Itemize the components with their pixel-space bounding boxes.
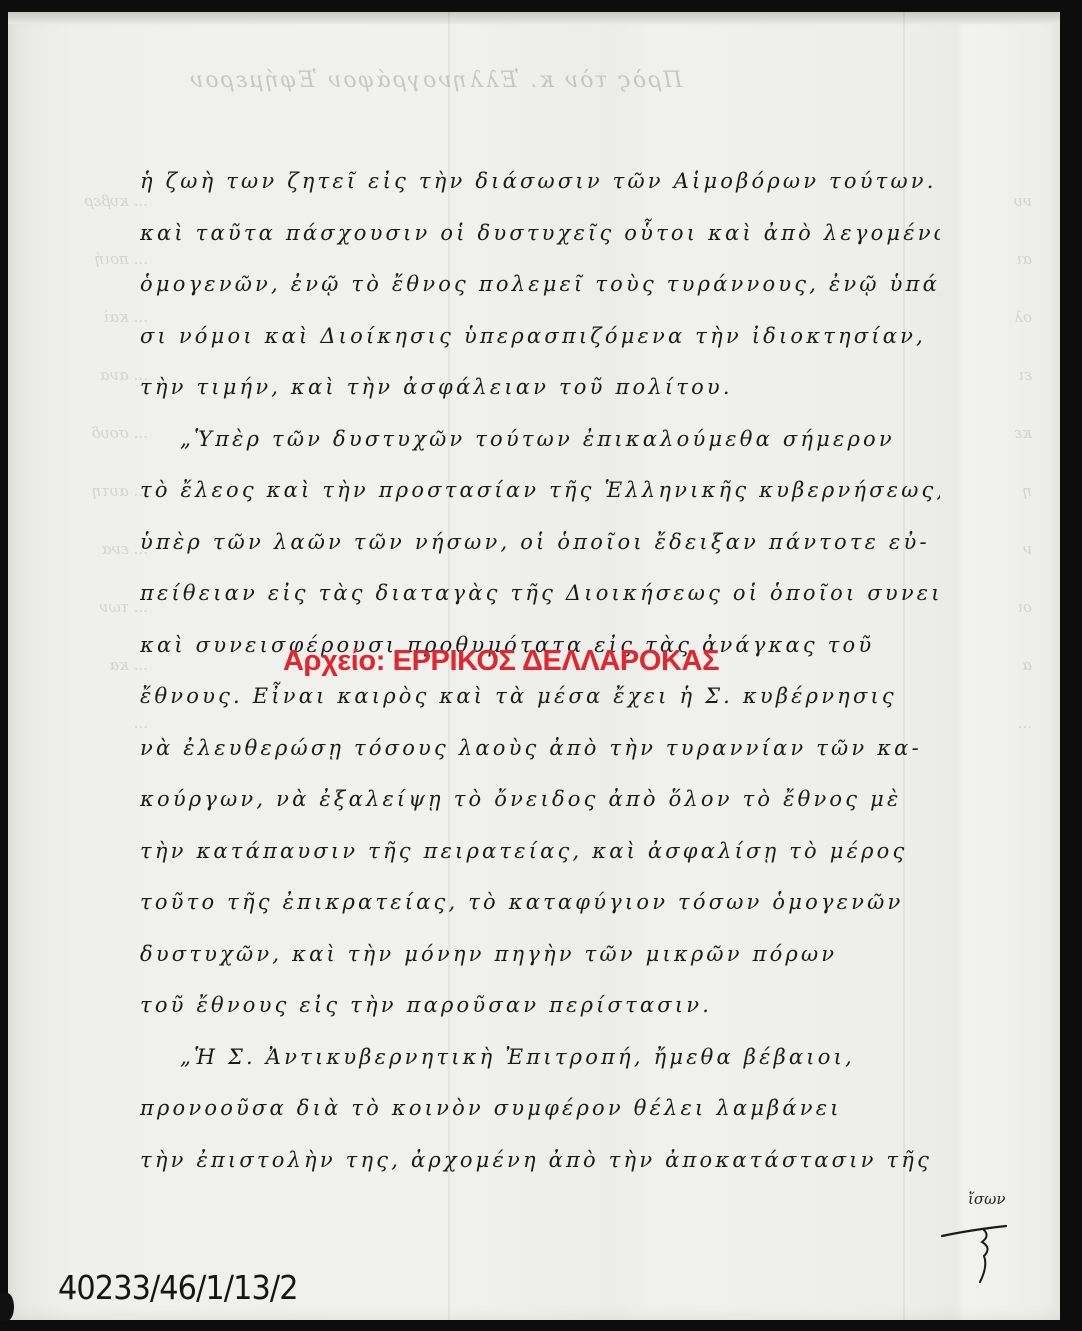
manuscript-line: τοῦτο τῆς ἐπικρατείας, τὸ καταφύγιον τόσ… bbox=[140, 877, 940, 929]
manuscript-line: ὑπὲρ τῶν λαῶν τῶν νήσων, οἱ ὁποῖοι ἔδειξ… bbox=[140, 517, 940, 569]
manuscript-line: ἔθνους. Εἶναι καιρὸς καὶ τὰ μέσα ἔχει ἡ … bbox=[140, 671, 940, 723]
manuscript-line: τὴν κατάπαυσιν τῆς πειρατείας, καὶ ἀσφαλ… bbox=[140, 826, 940, 878]
archive-catalog-number: 40233/46/1/13/2 bbox=[58, 1268, 298, 1307]
manuscript-paragraph-start: „Ἡ Σ. Ἀντικυβερνητικὴ Ἐπιτροπή, ἤμεθα βέ… bbox=[140, 1032, 940, 1084]
manuscript-line: καὶ ταῦτα πάσχουσιν οἱ δυστυχεῖς οὗτοι κ… bbox=[140, 208, 940, 260]
manuscript-line: τὴν τιμήν, καὶ τὴν ἀσφάλειαν τοῦ πολίτου… bbox=[140, 362, 940, 414]
manuscript-line: πείθειαν εἰς τὰς διαταγὰς τῆς Διοικήσεως… bbox=[140, 568, 940, 620]
manuscript-line: τὸ ἔλεος καὶ τὴν προστασίαν τῆς Ἑλληνικῆ… bbox=[140, 465, 940, 517]
manuscript-line: νὰ ἐλευθερώσῃ τόσους λαοὺς ἀπὸ τὴν τυραν… bbox=[140, 723, 940, 775]
manuscript-line: προνοοῦσα διὰ τὸ κοινὸν συμφέρον θέλει λ… bbox=[140, 1083, 940, 1135]
manuscript-line: ὁμογενῶν, ἐνῷ τὸ ἔθνος πολεμεῖ τοὺς τυρά… bbox=[140, 259, 940, 311]
manuscript-line: κούργων, νὰ ἐξαλείψῃ τὸ ὄνειδος ἀπὸ ὅλον… bbox=[140, 774, 940, 826]
archive-watermark: Αρχείο: ΕΡΡΙΚΟΣ ΔΕΛΛΑΡΟΚΑΣ bbox=[283, 645, 719, 678]
bleed-through-right-margin: νυ αι ολ ει κε η ν οι α ... bbox=[972, 172, 1032, 752]
bleed-through-left-margin: ... κυβερ ... ποιή ... καὶ ... ανα ... σ… bbox=[28, 172, 148, 752]
manuscript-line: ἡ ζωὴ των ζητεῖ εἰς τὴν διάσωσιν τῶν Αἱμ… bbox=[140, 156, 940, 208]
manuscript-line: σι νόμοι καὶ Διοίκησις ὑπερασπιζόμενα τὴ… bbox=[140, 311, 940, 363]
manuscript-paragraph-start: „Ὑπὲρ τῶν δυστυχῶν τούτων ἐπικαλούμεθα σ… bbox=[140, 414, 940, 466]
scan-corner-shadow bbox=[0, 1293, 14, 1321]
manuscript-line: τὴν ἐπιστολὴν της, ἀρχομένη ἀπὸ τὴν ἀποκ… bbox=[140, 1135, 940, 1187]
signature-flourish-icon bbox=[940, 1222, 1010, 1284]
manuscript-line: τοῦ ἔθνους εἰς τὴν παροῦσαν περίστασιν. bbox=[140, 980, 940, 1032]
catchword: ἴσων bbox=[968, 1190, 1005, 1208]
bleed-through-heading: Πρὸς τὸν κ. Ἐλληνογράφον Ἐφήμερον bbox=[188, 68, 682, 93]
manuscript-line: δυστυχῶν, καὶ τὴν μόνην πηγὴν τῶν μικρῶν… bbox=[140, 929, 940, 981]
